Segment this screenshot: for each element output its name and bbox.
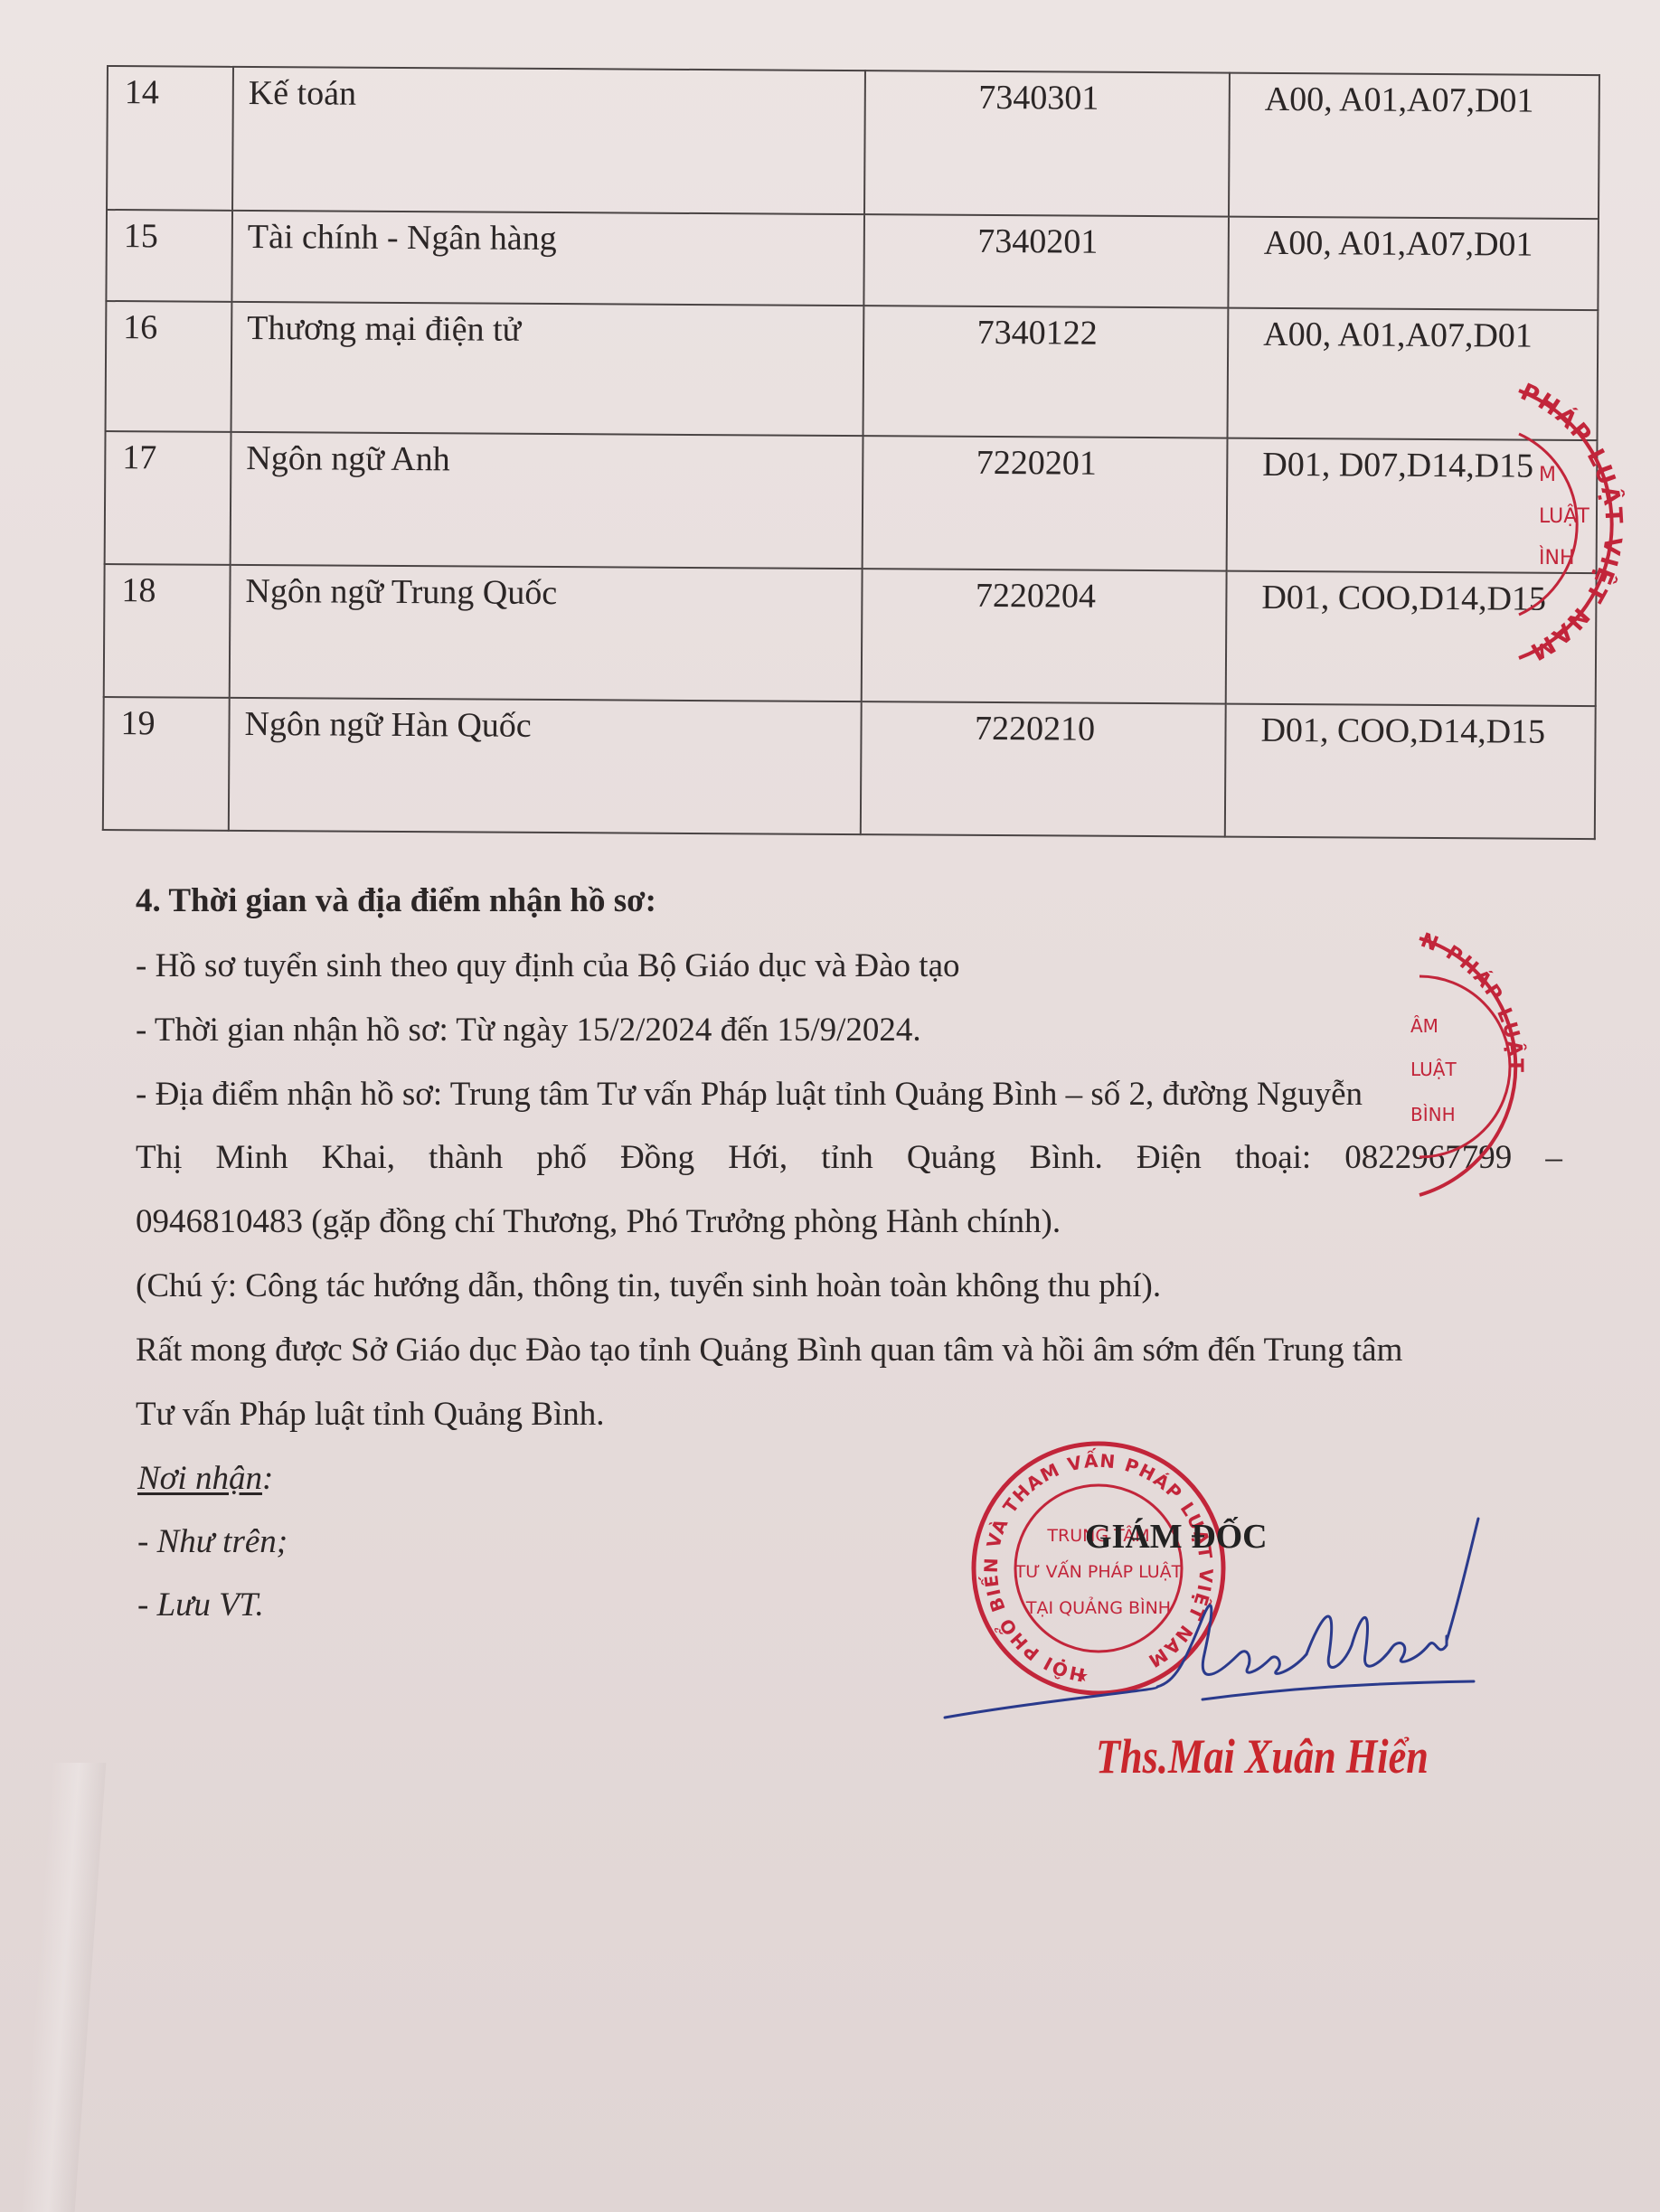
recipients-label: Nơi nhận: [137,1459,273,1499]
stamp-partial-table: PHÁP LUẬT VIỆT NAM M LUẬT ÌNH [1483,380,1660,669]
note-line: (Chú ý: Công tác hướng dẫn, thông tin, t… [136,1266,1161,1306]
address-word: Thị [136,1138,182,1178]
address-line-justified: ThịMinhKhai,thànhphốĐồngHới,tỉnhQuảngBìn… [136,1138,1562,1178]
address-word: thoại: [1235,1138,1311,1178]
row-number: 19 [103,697,230,831]
address-word: Điện [1137,1138,1202,1178]
majors-table: 14Kế toán7340301A00, A01,A07,D0115Tài ch… [102,65,1600,840]
address-word: Hới, [728,1138,788,1178]
major-name: Thương mại điện tử [231,302,864,436]
table-row: 19Ngôn ngữ Hàn Quốc7220210D01, COO,D14,D… [103,697,1596,839]
section-heading: 4. Thời gian và địa điểm nhận hồ sơ: [136,881,656,921]
major-name: Ngôn ngữ Hàn Quốc [229,698,862,834]
stamp-text: LUẬT [1410,1059,1457,1080]
subject-combinations: D01, COO,D14,D15 [1225,704,1596,839]
subject-combinations: A00, A01,A07,D01 [1229,73,1599,219]
major-name: Ngôn ngữ Anh [231,432,863,569]
row-number: 17 [105,431,231,565]
major-code: 7220201 [863,436,1228,570]
address-word: phố [536,1138,587,1178]
major-code: 7340301 [864,71,1230,216]
address-word: tỉnh [821,1138,873,1178]
closing-line: Rất mong được Sở Giáo dục Đào tạo tỉnh Q… [136,1331,1402,1370]
recipient-item: - Như trên; [137,1522,288,1562]
stamp-partial-text: N PHÁP LUẬT ÂM LUẬT BÌNH [1410,931,1555,1202]
address-word: Đồng [620,1138,694,1178]
stamp-partial-text-outer-text: N PHÁP LUẬT [1418,929,1528,1074]
major-code: 7220210 [861,701,1226,836]
stamp-text: ÂM [1410,1015,1438,1037]
row-number: 15 [106,210,232,302]
major-name: Kế toán [232,67,865,214]
address-word: Bình. [1030,1138,1103,1178]
address-word: thành [429,1138,503,1178]
row-number: 16 [106,301,232,432]
stamp-text: M [1539,464,1556,486]
row-number: 18 [104,564,231,698]
major-code: 7220204 [862,569,1227,703]
address-line: - Địa điểm nhận hồ sơ: Trung tâm Tư vấn … [136,1075,1564,1115]
closing-line: Tư vấn Pháp luật tỉnh Quảng Bình. [136,1395,604,1435]
major-name: Tài chính - Ngân hàng [231,211,864,306]
address-word: Khai, [322,1138,395,1178]
signer-name: Ths.Mai Xuân Hiển [1096,1728,1429,1784]
table-row: 17Ngôn ngữ Anh7220201D01, D07,D14,D15 [105,431,1598,573]
recipients-label-colon: : [262,1460,273,1497]
table-row: 15Tài chính - Ngân hàng7340201A00, A01,A… [106,210,1599,310]
recipients-label-text: Nơi nhận [137,1460,262,1497]
address-word: Minh [215,1138,288,1178]
stamp-text: ÌNH [1539,546,1575,569]
paragraph-line: - Thời gian nhận hồ sơ: Từ ngày 15/2/202… [136,1011,921,1050]
major-name: Ngôn ngữ Trung Quốc [230,565,863,701]
stamp-text: BÌNH [1410,1104,1456,1125]
stamp-text: LUẬT [1539,504,1589,528]
table-row: 14Kế toán7340301A00, A01,A07,D01 [107,66,1599,219]
table-row: 16Thương mại điện tử7340122A00, A01,A07,… [106,301,1599,440]
paper-fold-shadow [21,1763,107,2212]
major-code: 7340122 [863,306,1229,438]
svg-text:N PHÁP LUẬT: N PHÁP LUẬT [1418,929,1528,1074]
address-line: 0946810483 (gặp đồng chí Thương, Phó Trư… [136,1202,1061,1242]
address-word: Quảng [907,1138,996,1178]
recipient-item: - Lưu VT. [137,1586,264,1625]
handwritten-signature [940,1510,1501,1727]
paragraph-line: - Hồ sơ tuyển sinh theo quy định của Bộ … [136,946,960,986]
subject-combinations: A00, A01,A07,D01 [1228,217,1599,310]
major-code: 7340201 [863,214,1229,307]
row-number: 14 [107,66,233,211]
table-row: 18Ngôn ngữ Trung Quốc7220204D01, COO,D14… [104,564,1597,706]
